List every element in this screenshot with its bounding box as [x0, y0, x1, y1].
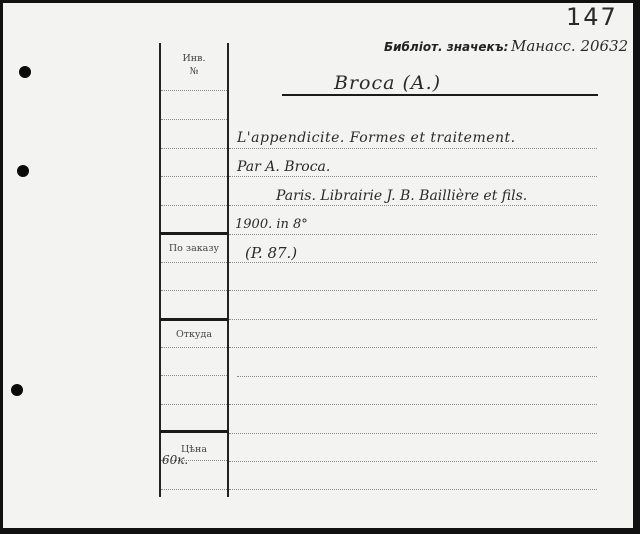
- author-heading: Broca (A.): [334, 72, 441, 94]
- left-dotted-line: [161, 148, 227, 149]
- entry-dotted-line: [229, 176, 597, 177]
- entry-dotted-line: [229, 489, 597, 490]
- left-column-rule-left: [159, 43, 161, 497]
- entry-dotted-line: [229, 262, 597, 263]
- section-divider-order: [160, 232, 228, 235]
- entry-dotted-line: [229, 319, 597, 320]
- entry-dotted-line: [229, 290, 597, 291]
- entry-dotted-line: [229, 347, 597, 348]
- punch-hole-middle: [17, 165, 29, 177]
- library-mark-label: Библіот. значекъ:: [384, 40, 508, 54]
- entry-pages-line: (P. 87.): [245, 244, 297, 262]
- entry-dotted-line: [229, 148, 597, 149]
- left-dotted-line: [161, 176, 227, 177]
- catalog-card: 147 Библіот. значекъ: Манасс. 20632 Broc…: [0, 0, 640, 534]
- entry-dotted-line: [229, 234, 597, 235]
- section-divider-price: [160, 430, 228, 433]
- author-underline: [282, 94, 598, 96]
- entry-publisher-line: Paris. Librairie J. B. Baillière et fils…: [276, 188, 527, 204]
- entry-dotted-line: [229, 404, 597, 405]
- left-column-rule-right: [227, 43, 229, 497]
- left-dotted-line: [161, 404, 227, 405]
- library-mark-value: Манасс. 20632: [511, 37, 628, 55]
- left-dotted-line: [161, 375, 227, 376]
- entry-dotted-line: [229, 461, 597, 462]
- source-label: Откуда: [161, 329, 227, 341]
- inventory-label: Инв.: [161, 53, 227, 65]
- left-dotted-line: [161, 119, 227, 120]
- left-dotted-line: [161, 262, 227, 263]
- left-dotted-line: [161, 90, 227, 91]
- order-label: По заказу: [161, 243, 227, 255]
- left-dotted-line: [161, 347, 227, 348]
- entry-author-line: Par A. Broca.: [237, 159, 330, 175]
- section-divider-source: [160, 318, 228, 321]
- left-dotted-line: [161, 205, 227, 206]
- left-dotted-line: [161, 290, 227, 291]
- left-dotted-line: [161, 460, 227, 461]
- punch-hole-top: [19, 66, 31, 78]
- entry-dotted-line: [237, 376, 597, 377]
- entry-dotted-line: [229, 205, 597, 206]
- punch-hole-bottom: [11, 384, 23, 396]
- entry-year-format-line: 1900. in 8°: [235, 217, 308, 232]
- card-number: 147: [566, 3, 618, 31]
- number-sign: №: [161, 66, 227, 78]
- left-dotted-line: [161, 489, 227, 490]
- entry-dotted-line: [229, 433, 597, 434]
- entry-title-line: L'appendicite. Formes et traitement.: [237, 130, 516, 146]
